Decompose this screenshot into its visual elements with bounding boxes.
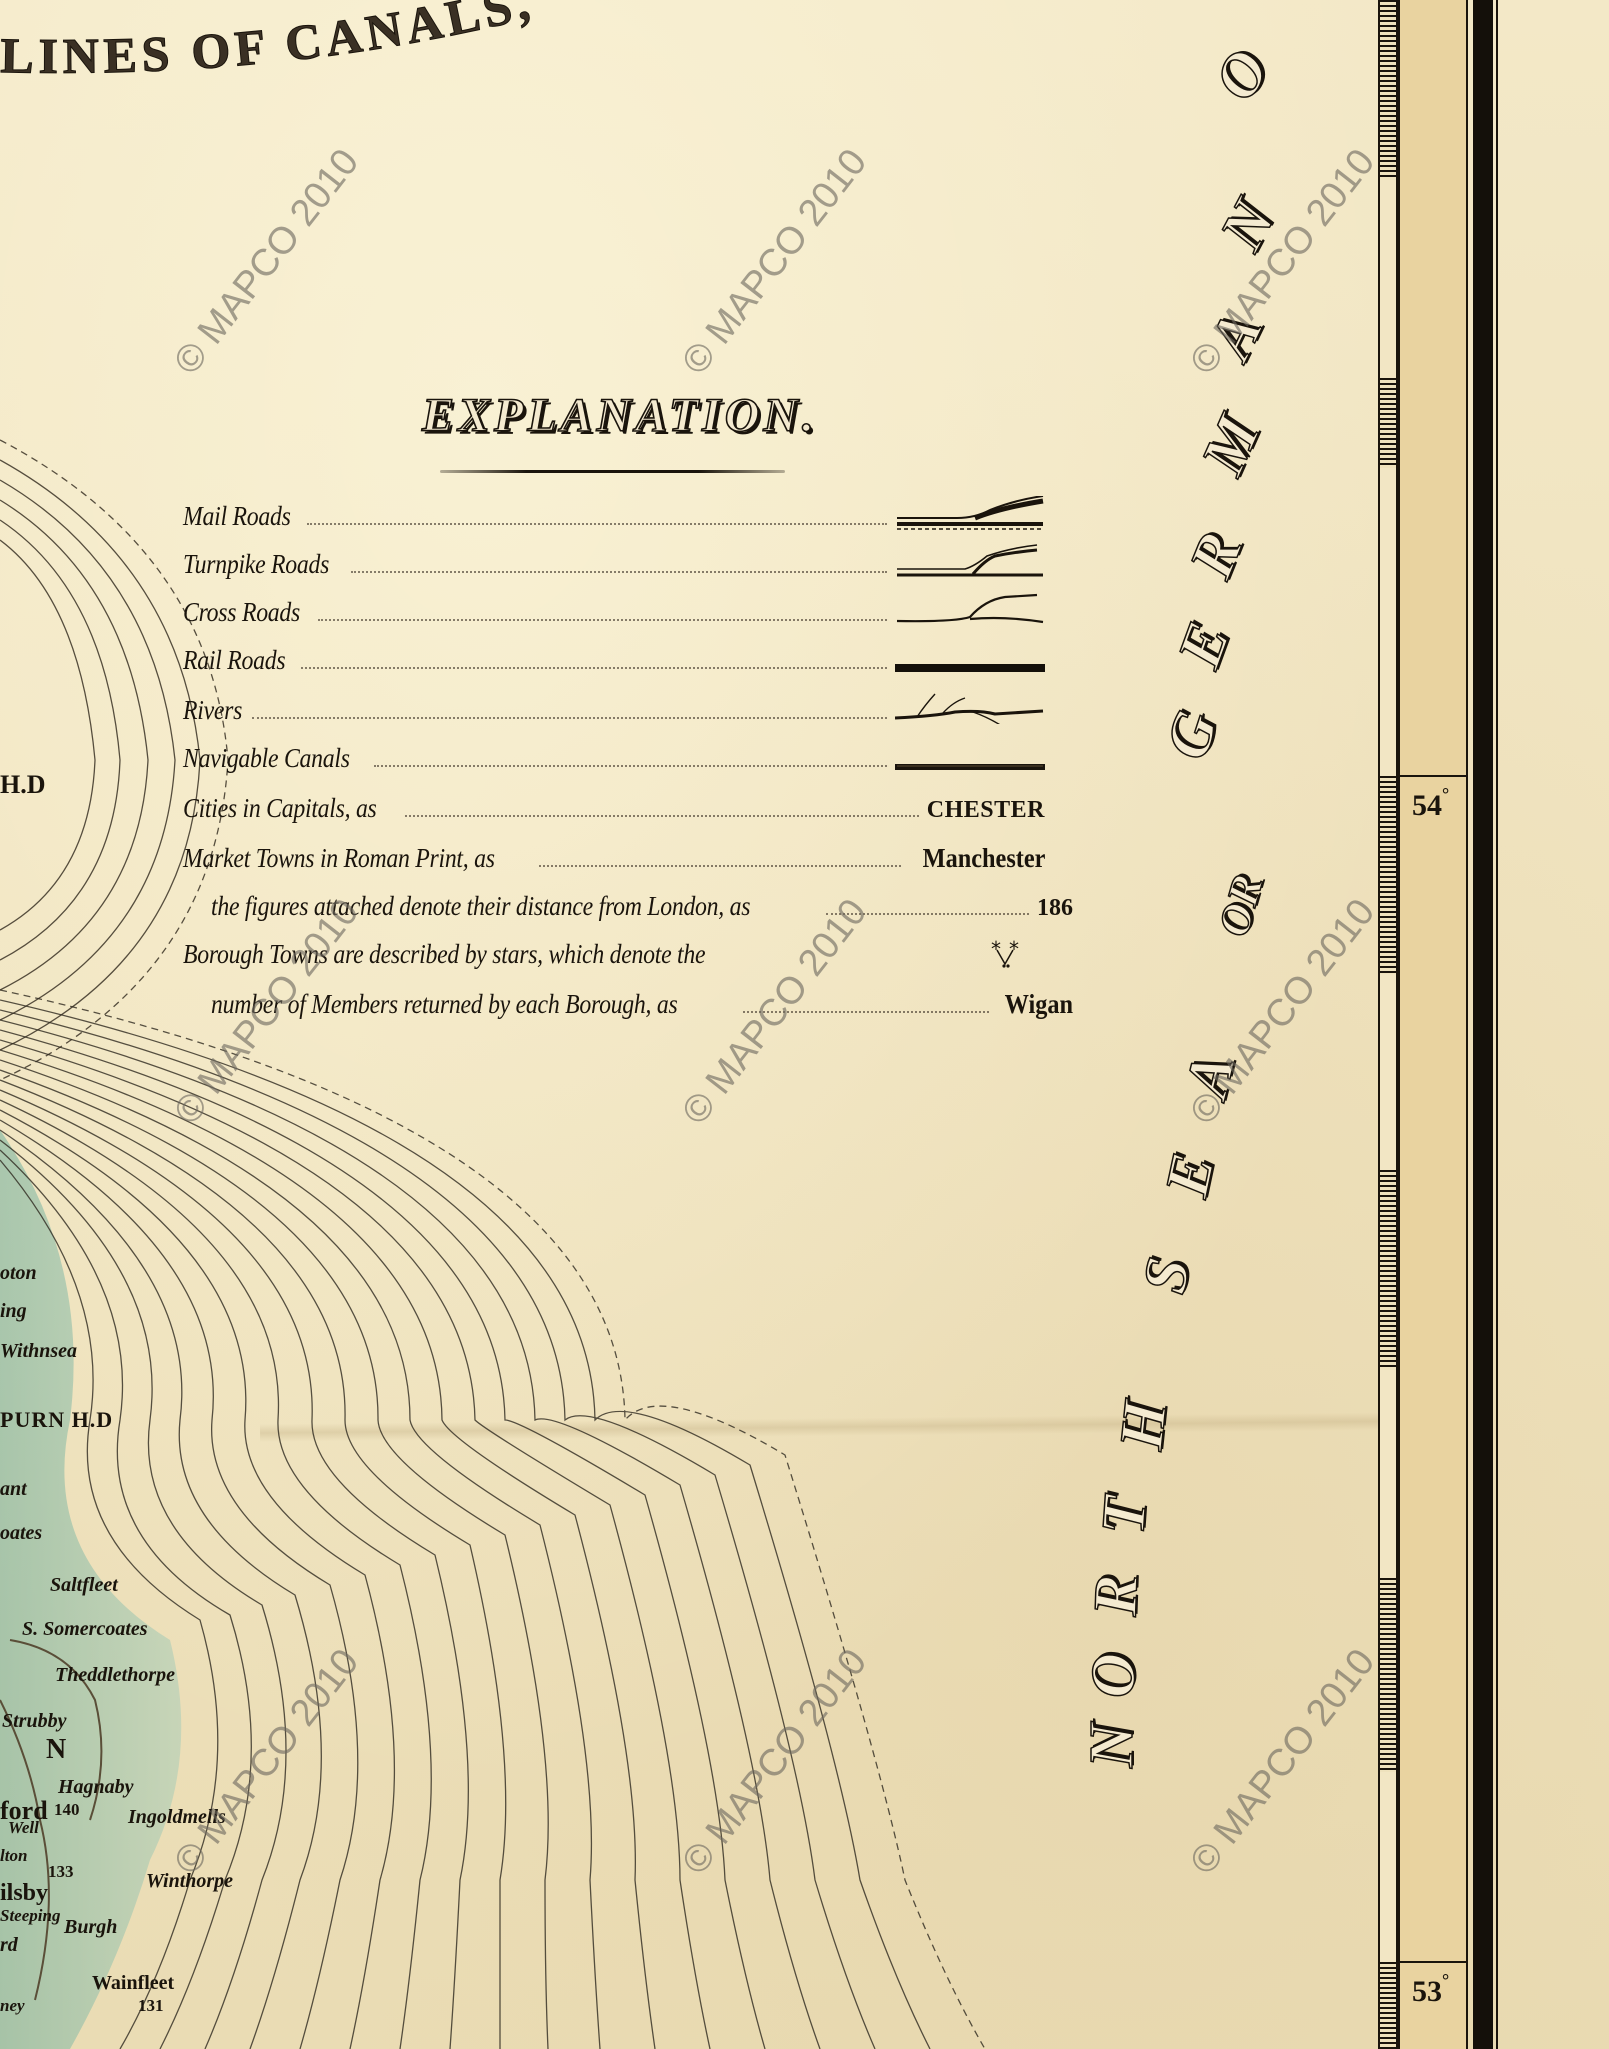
legend-label: Mail Roads (183, 503, 291, 530)
scale-segment (1380, 1170, 1396, 1370)
degree-symbol: ° (1442, 784, 1449, 804)
turnpike-road-symbol-icon (895, 544, 1045, 578)
place-label: oton (0, 1262, 37, 1285)
sea-letter: O (1079, 1653, 1150, 1698)
place-strubby: Strubby (2, 1710, 66, 1733)
sample-borough: Wigan (1005, 991, 1073, 1018)
canal-symbol-icon (895, 738, 1045, 772)
legend-row-cities: Cities in Capitals, as CHESTER (183, 788, 1045, 822)
place-label: oates (0, 1522, 42, 1545)
border-band (1400, 0, 1468, 2049)
headland-label: PURN H.D (0, 1407, 113, 1433)
legend-row-canals: Navigable Canals (183, 738, 1045, 772)
legend-row-mail-roads: Mail Roads (183, 496, 1045, 530)
river-symbol-icon (895, 690, 1045, 724)
cross-road-symbol-icon (895, 592, 1045, 626)
svg-text:LINES OF CANALS, RA: LINES OF CANALS, RA (0, 0, 556, 84)
sea-letter: T (1088, 1494, 1161, 1537)
sea-letter: H (1106, 1398, 1182, 1453)
leader-dots (351, 571, 887, 573)
sample-market-town: Manchester (922, 845, 1045, 872)
place-somercoates: S. Somercoates (22, 1618, 148, 1641)
place-wainfleet: Wainfleet (92, 1972, 174, 1995)
legend-row-turnpike-roads: Turnpike Roads (183, 544, 1045, 578)
place-saltfleet: Saltfleet (50, 1574, 118, 1597)
distance-label: 131 (138, 1996, 164, 2016)
place-label: ing (0, 1300, 27, 1323)
legend-label: Cross Roads (183, 599, 300, 626)
legend-row-market-towns: Market Towns in Roman Print, as Manchest… (183, 838, 1045, 872)
sample-distance: 186 (1037, 896, 1073, 920)
leader-dots (307, 523, 887, 525)
legend-label: Borough Towns are described by stars, wh… (183, 941, 705, 968)
distance-label: 133 (48, 1862, 74, 1882)
latitude-label-53: 53° (1412, 1974, 1449, 2009)
latitude-tick-53 (1400, 1961, 1467, 1963)
legend-heading: EXPLANATION. (360, 388, 880, 443)
latitude-tick-54 (1400, 775, 1467, 777)
place-theddlethorpe: Theddlethorpe (55, 1664, 175, 1687)
scale-segment (1380, 1578, 1396, 1772)
place-label: ilsby (0, 1880, 48, 1907)
distance-label: 140 (54, 1800, 80, 1820)
place-label: ant (0, 1478, 27, 1501)
scale-segment (1380, 378, 1396, 468)
place-label: Well (8, 1818, 39, 1838)
mail-road-symbol-icon (895, 496, 1045, 530)
scale-segment (1380, 1962, 1396, 2049)
rail-road-symbol-icon (895, 640, 1045, 674)
legend-label: Turnpike Roads (183, 551, 329, 578)
place-hagnaby: Hagnaby (58, 1776, 134, 1799)
latitude-value: 53 (1412, 1975, 1442, 2008)
legend-label: the figures attached denote their distan… (211, 893, 750, 920)
map-title-text: LINES OF CANALS, RA (0, 0, 556, 84)
scale-segment (1380, 776, 1396, 974)
svg-text:*: * (1009, 937, 1019, 961)
legend-label: Rail Roads (183, 647, 285, 674)
leader-dots (318, 619, 887, 621)
place-north-marker: N (46, 1734, 66, 1766)
scale-segment (1380, 0, 1396, 180)
leader-dots (405, 815, 919, 817)
place-label: rd (0, 1934, 18, 1957)
degree-symbol: ° (1442, 1970, 1449, 1990)
borough-stars-icon: * * (975, 934, 1035, 968)
legend-label: Navigable Canals (183, 745, 350, 772)
legend-row-rail-roads: Rail Roads (183, 640, 1045, 674)
map-title: LINES OF CANALS, RA (0, 0, 780, 120)
latitude-scale (1378, 0, 1400, 2049)
sea-letter: N (1077, 1723, 1148, 1768)
legend-label: Cities in Capitals, as (183, 795, 377, 822)
leader-dots (374, 765, 887, 767)
svg-text:*: * (991, 937, 1001, 961)
place-label: Withnsea (0, 1340, 77, 1363)
place-label: ney (0, 1996, 25, 2016)
latitude-value: 54 (1412, 789, 1442, 822)
legend-label: Market Towns in Roman Print, as (183, 845, 495, 872)
leader-dots (252, 717, 887, 719)
legend-row-cross-roads: Cross Roads (183, 592, 1045, 626)
sample-city: CHESTER (927, 798, 1045, 822)
headland-label: H.D (0, 770, 46, 800)
neatline-outer (1496, 0, 1498, 2049)
neatline-inner (1466, 0, 1468, 2049)
neatline-thick (1473, 0, 1493, 2049)
leader-dots (539, 865, 900, 867)
legend-label: Rivers (183, 697, 242, 724)
place-label: lton (0, 1846, 27, 1866)
place-label: Steeping (0, 1906, 60, 1926)
place-burgh: Burgh (64, 1916, 117, 1939)
legend-row-boroughs-2: number of Members returned by each Borou… (183, 984, 1073, 1018)
legend-divider (440, 470, 785, 473)
legend-row-rivers: Rivers (183, 690, 1045, 724)
latitude-label-54: 54° (1412, 788, 1449, 823)
sea-letter: R (1080, 1574, 1152, 1618)
leader-dots (301, 667, 887, 669)
